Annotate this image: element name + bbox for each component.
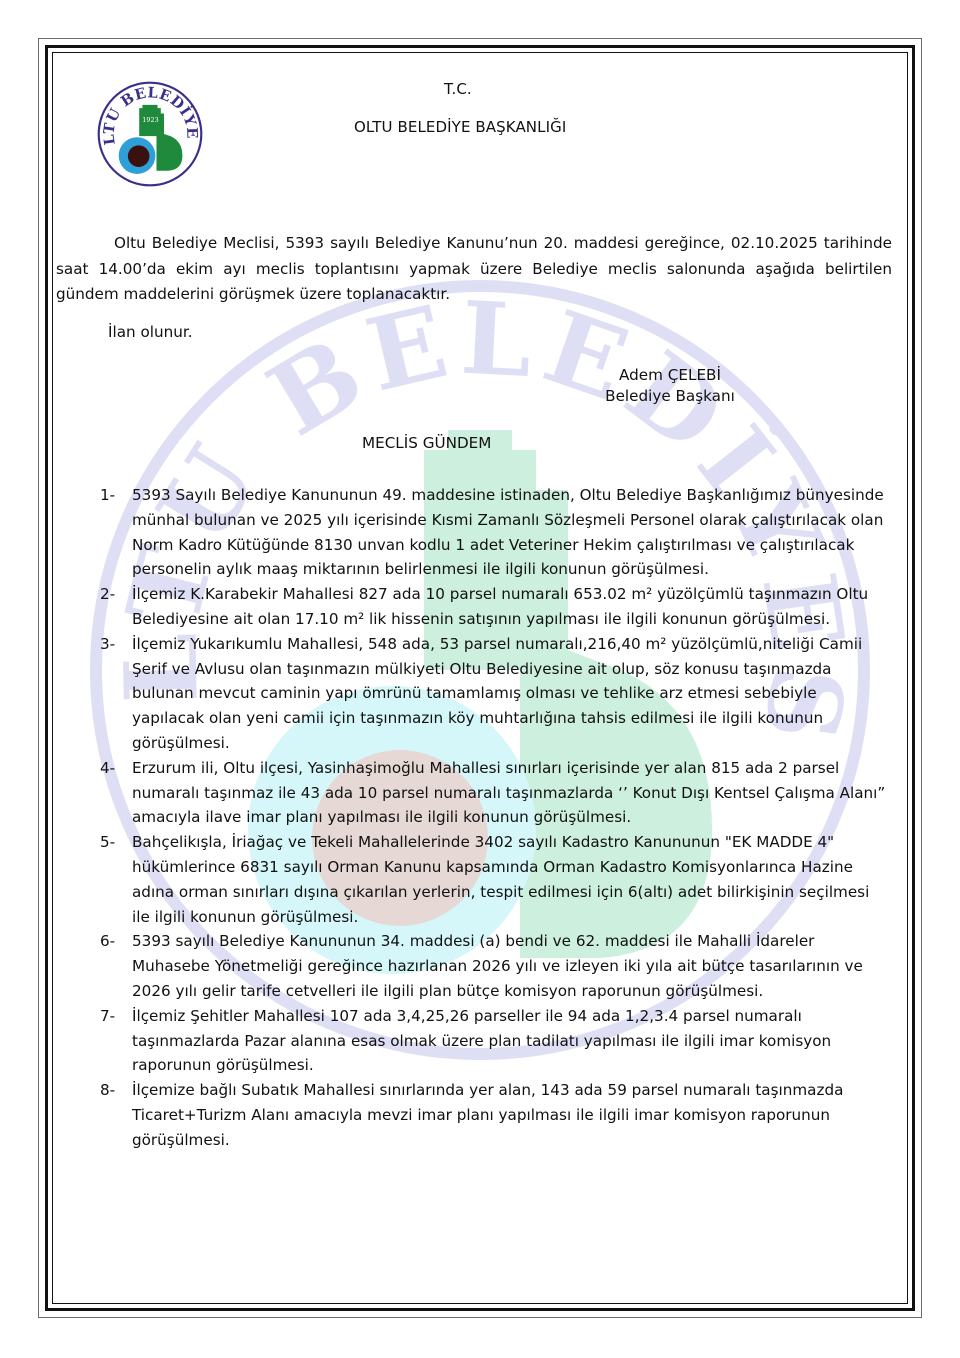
agenda-item: 2-İlçemiz K.Karabekir Mahallesi 827 ada … [100, 582, 890, 632]
signer-name: Adem ÇELEBİ [590, 365, 750, 386]
signer-title: Belediye Başkanı [590, 386, 750, 407]
agenda-item-text: Bahçelikışla, İriağaç ve Tekeli Mahallel… [132, 833, 869, 925]
agenda-item-number: 6- [100, 929, 115, 954]
agenda-item-text: İlçemize bağlı Subatık Mahallesi sınırla… [132, 1081, 843, 1149]
agenda-item-text: İlçemiz Yukarıkumlu Mahallesi, 548 ada, … [132, 635, 862, 752]
agenda-item-number: 2- [100, 582, 115, 607]
agenda-list: 1-5393 Sayılı Belediye Kanununun 49. mad… [100, 483, 890, 1153]
agenda-item-number: 5- [100, 830, 115, 855]
announcement-text: İlan olunur. [108, 323, 193, 341]
agenda-item-number: 7- [100, 1004, 115, 1029]
header-institution: OLTU BELEDİYE BAŞKANLIĞI [354, 118, 566, 136]
agenda-item: 8-İlçemize bağlı Subatık Mahallesi sınır… [100, 1078, 890, 1152]
agenda-item-number: 3- [100, 632, 115, 657]
agenda-item-text: 5393 Sayılı Belediye Kanununun 49. madde… [132, 486, 884, 578]
municipality-logo: OLTU BELEDİYESİ 1923 [96, 80, 204, 188]
agenda-item-text: İlçemiz K.Karabekir Mahallesi 827 ada 10… [132, 585, 868, 628]
agenda-item: 4-Erzurum ili, Oltu ilçesi, Yasinhaşimoğ… [100, 756, 890, 830]
svg-text:1923: 1923 [142, 116, 158, 124]
agenda-item-number: 8- [100, 1078, 115, 1103]
agenda-item: 5-Bahçelikışla, İriağaç ve Tekeli Mahall… [100, 830, 890, 929]
agenda-item-text: İlçemiz Şehitler Mahallesi 107 ada 3,4,2… [132, 1007, 831, 1075]
agenda-item-number: 4- [100, 756, 115, 781]
agenda-item-text: Erzurum ili, Oltu ilçesi, Yasinhaşimoğlu… [132, 759, 885, 827]
header-tc: T.C. [444, 80, 472, 98]
agenda-item: 6-5393 sayılı Belediye Kanununun 34. mad… [100, 929, 890, 1003]
agenda-item: 1-5393 Sayılı Belediye Kanununun 49. mad… [100, 483, 890, 582]
agenda-title: MECLİS GÜNDEM [362, 434, 491, 452]
agenda-item: 3-İlçemiz Yukarıkumlu Mahallesi, 548 ada… [100, 632, 890, 756]
agenda-item-number: 1- [100, 483, 115, 508]
signature-block: Adem ÇELEBİ Belediye Başkanı [590, 365, 750, 407]
agenda-item: 7-İlçemiz Şehitler Mahallesi 107 ada 3,4… [100, 1004, 890, 1078]
intro-paragraph: Oltu Belediye Meclisi, 5393 sayılı Beled… [56, 231, 892, 308]
intro-text: Oltu Belediye Meclisi, 5393 sayılı Beled… [56, 234, 892, 303]
agenda-item-text: 5393 sayılı Belediye Kanununun 34. madde… [132, 932, 863, 1000]
